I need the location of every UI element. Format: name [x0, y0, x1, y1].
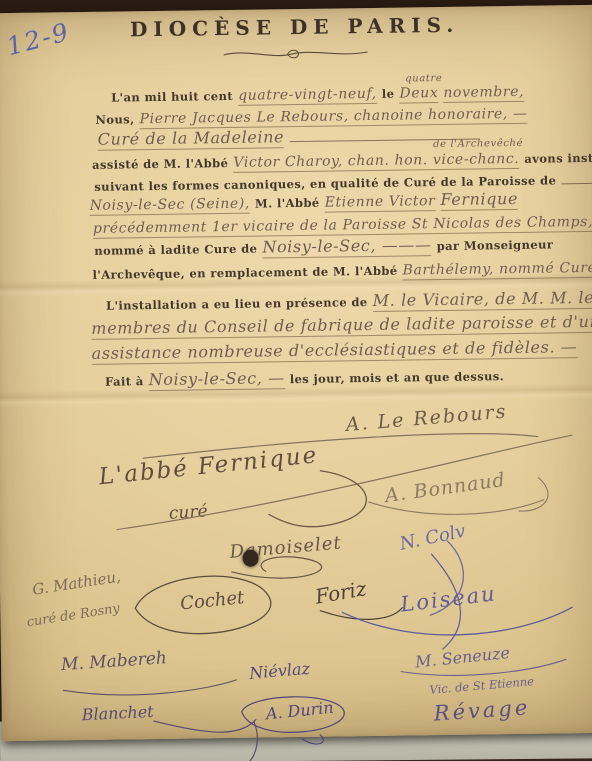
signature-mathieu: G. Mathieu, — [31, 567, 122, 598]
form-line-cure-madeleine: Curé de la Madeleine — [98, 124, 480, 148]
printed-text: les jour, mois et an que dessus. — [290, 369, 505, 386]
signature-nievlaz: Niévlaz — [248, 659, 310, 683]
handwritten-text: Barthélemy, nommé Curé de Charenton. — [403, 258, 592, 280]
printed-text: avons installé, — [524, 150, 592, 165]
handwritten-text: quatre-vingt-neuf, — [238, 86, 377, 106]
printed-text: Nous, — [95, 112, 134, 127]
signature-revage: Révage — [433, 695, 531, 725]
handwritten-text: Deux — [399, 85, 438, 104]
form-line-fait-a: Fait à Noisy-le-Sec, — les jour, mois et… — [105, 365, 504, 390]
printed-text: l'Archevêque, en remplacement de M. l'Ab… — [93, 264, 398, 282]
paper-sheet: DIOCÈSE DE PARIS. 12-9 L'an mil huit cen… — [0, 5, 592, 741]
handwritten-text: Fernique — [440, 189, 518, 211]
signature-durin: A. Durin — [265, 698, 335, 724]
handwritten-text: novembre, — [443, 84, 524, 103]
printed-text: le — [382, 87, 395, 101]
handwritten-text: Noisy-le-Sec (Seine), — [90, 196, 251, 216]
document-photo: DIOCÈSE DE PARIS. 12-9 L'an mil huit cen… — [0, 0, 592, 761]
signature-seneuze-title: Vic. de St Etienne — [429, 674, 534, 697]
signature-fernique: L'abbé Fernique — [98, 442, 320, 490]
insertion: Victor Charoy, chan. hon. vice-chanc.de … — [233, 148, 519, 171]
handwritten-text: assistance nombreuse d'ecclésiastiques e… — [92, 337, 578, 365]
handwritten-text: M. le Vicaire, de M. M. les — [373, 288, 592, 312]
date-correction: quatreDeux — [399, 82, 438, 102]
form-line-membres: membres du Conseil de fabrique de ladite… — [91, 312, 592, 338]
signature-loiseau: Loiseau — [399, 581, 498, 616]
signature-colv: N. Colv — [398, 521, 467, 555]
printed-text: M. l'Abbé — [255, 196, 320, 211]
handwritten-text: Noisy-le-Sec, — — [149, 368, 285, 391]
page-title: DIOCÈSE DE PARIS. — [0, 11, 592, 43]
form-line-assistance: assistance nombreuse d'ecclésiastiques e… — [92, 337, 578, 363]
signature-blanchet: Blanchet — [81, 702, 154, 724]
signature-foriz: Foriz — [313, 576, 368, 608]
ink-blot — [242, 550, 258, 567]
handwritten-text: Curé de la Madeleine — [98, 127, 285, 151]
signature-le-rebours: A. Le Rebours — [345, 400, 508, 435]
inserted-word: de l'Archevêché — [433, 138, 523, 150]
printed-text: Fait à — [105, 374, 144, 389]
printed-text: L'an mil huit cent — [111, 89, 233, 105]
signature-fernique-title: curé — [168, 501, 208, 524]
printed-text: assisté de M. l'Abbé — [92, 156, 228, 172]
form-line-assiste: assisté de M. l'Abbé Victor Charoy, chan… — [92, 146, 592, 172]
inserted-word: quatre — [405, 73, 442, 85]
signature-seneuze: M. Seneuze — [414, 643, 510, 671]
form-line-installation: L'installation a eu lieu en présence de … — [106, 288, 592, 314]
printed-text: par Monseigneur — [437, 237, 554, 253]
signature-bonnaud: A. Bonnaud — [384, 469, 507, 507]
handwritten-text: membres du Conseil de fabrique de ladite… — [91, 312, 592, 340]
printed-text: nommé à ladite Cure de — [94, 242, 257, 258]
form-line-date: L'an mil huit cent quatre-vingt-neuf, le… — [111, 81, 524, 106]
handwritten-text: Etienne Victor — [325, 193, 436, 213]
blank-rule — [561, 171, 592, 185]
form-line-archeveque: l'Archevêque, en remplacement de M. l'Ab… — [92, 255, 592, 283]
printed-text: L'installation a eu lieu en présence de — [106, 295, 368, 313]
signature-mabereh: M. Mabereh — [60, 648, 167, 675]
signature-cochet: Cochet — [179, 587, 245, 614]
flourish-divider — [0, 41, 592, 69]
signature-mathieu-title: curé de Rosny — [26, 601, 121, 630]
handwritten-text: Noisy-le-Sec, ——— — [262, 235, 431, 258]
